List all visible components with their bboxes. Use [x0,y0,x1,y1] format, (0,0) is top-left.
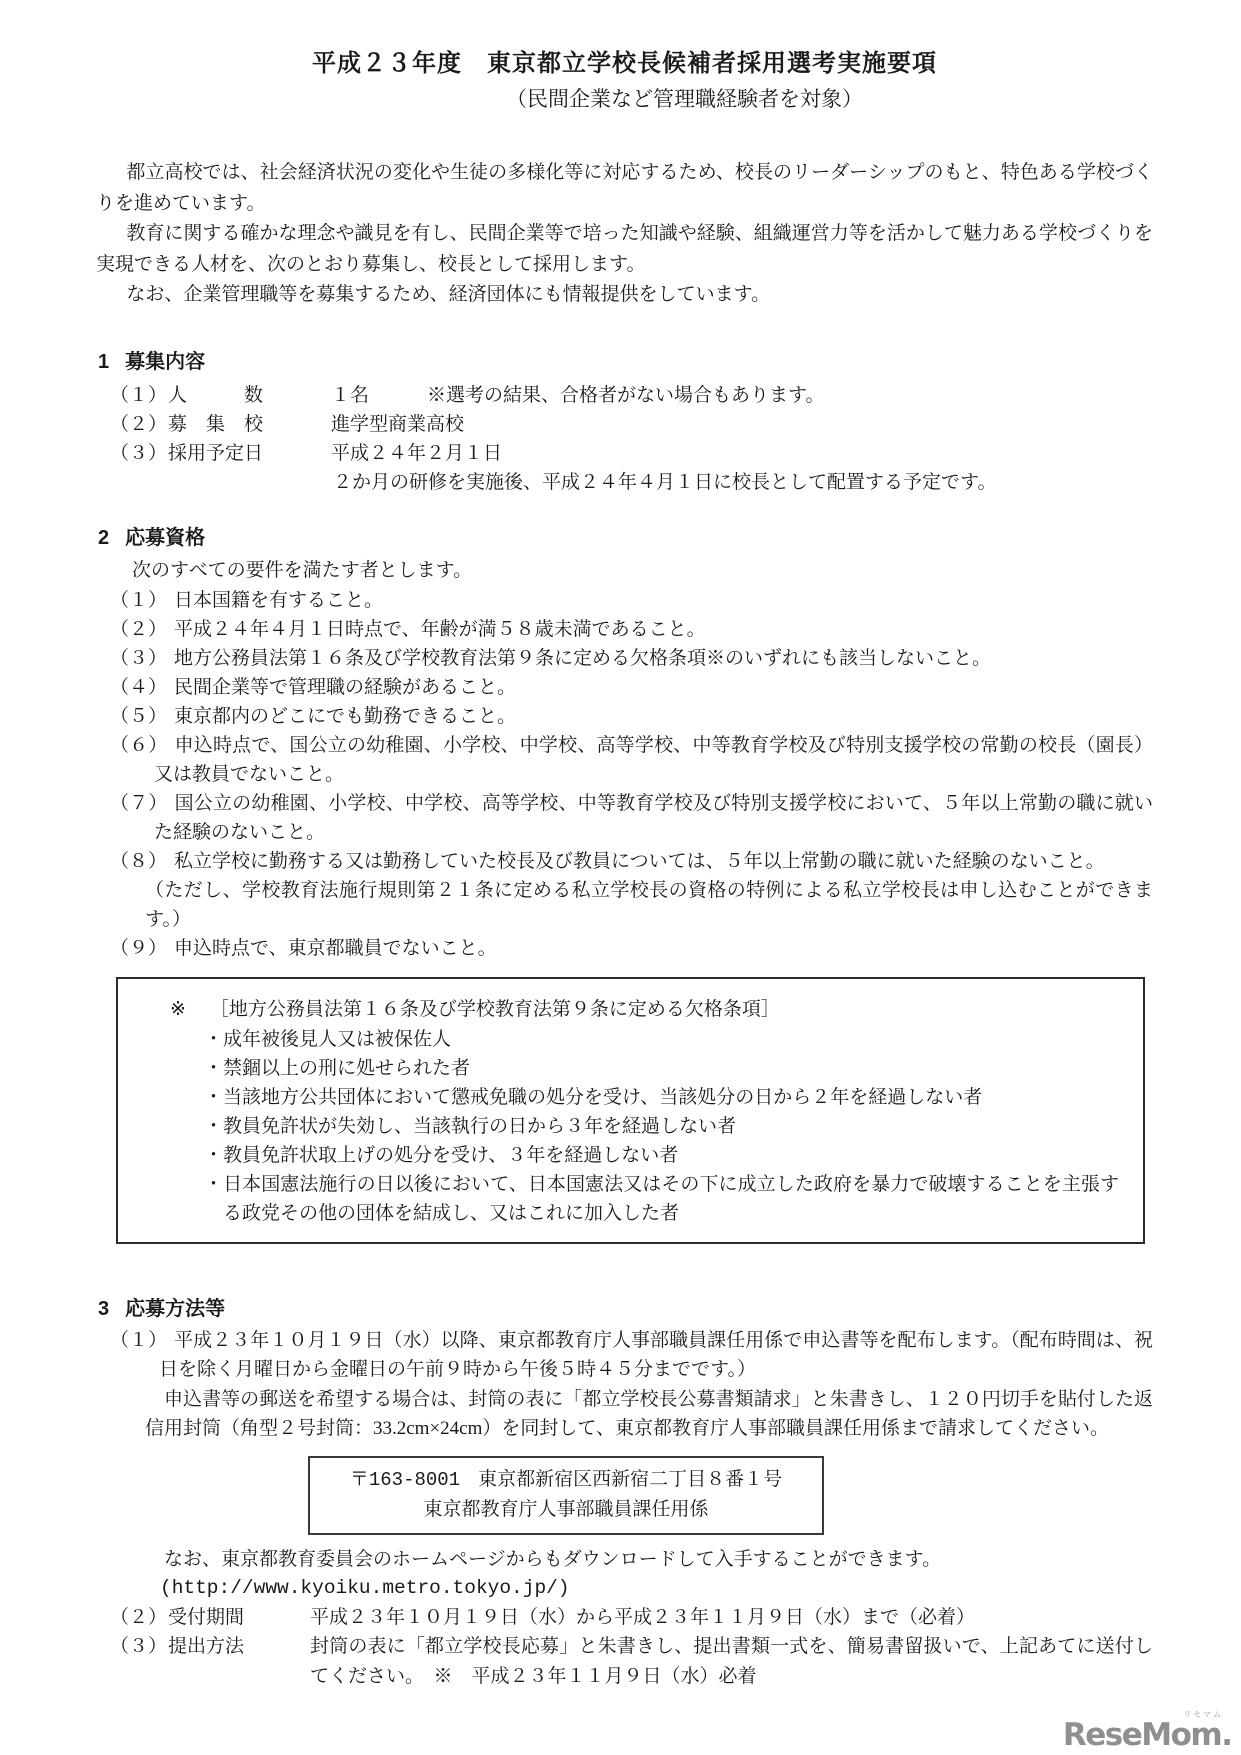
item-number: （４） [110,677,167,698]
item-number: （６） [110,735,168,756]
requirement-item: （１）日本国籍を有すること。 [110,586,1153,615]
section3-heading-text: 応募方法等 [125,1298,225,1320]
requirement-text: 地方公務員法第１６条及び学校教育法第９条に定める欠格条項※のいずれにも該当しない… [174,648,991,669]
requirement-item: （８）私立学校に勤務する又は勤務していた校長及び教員については、５年以上常勤の職… [110,847,1153,876]
requirement-item: （６）申込時点で、国公立の幼稚園、小学校、中学校、高等学校、中等教育学校及び特別… [110,731,1153,789]
address-line-1: 〒163-8001東京都新宿区西新宿二丁目８番１号 [320,1465,812,1495]
intro-paragraph-2: 教育に関する確かな理念や識見を有し、民間企業等で培った知識や経験、組織運営力等を… [96,219,1153,280]
submission-method-row: （３） 提出方法 封筒の表に「都立学校長応募」と朱書きし、提出書類一式を、簡易書… [110,1632,1153,1691]
disqualification-list: ・成年被後見人又は被保佐人 ・禁錮以上の刑に処せられた者 ・当該地方公共団体にお… [204,1025,1119,1228]
disqualification-item: ・当該地方公共団体において懲戒免職の処分を受け、当該処分の日から２年を経過しない… [204,1083,1119,1112]
requirement-item: （５）東京都内のどこにでも勤務できること。 [110,702,1153,731]
item-number: （１） [110,590,167,611]
item-number: （２） [110,410,168,439]
submission-method-text: 封筒の表に「都立学校長応募」と朱書きし、提出書類一式を、簡易書留扱いで、上記あて… [310,1632,1153,1691]
resemom-logo-period: . [1221,1717,1233,1753]
section1-heading: 1募集内容 [98,347,1153,377]
intro-paragraphs: 都立高校では、社会経済状況の変化や生徒の多様化等に対応するため、校長のリーダーシ… [96,158,1153,311]
item-label: 受付期間 [168,1603,310,1633]
item-number: （３） [110,439,168,468]
item-number: （７） [110,793,168,814]
intro-paragraph-1: 都立高校では、社会経済状況の変化や生徒の多様化等に対応するため、校長のリーダーシ… [96,158,1153,219]
mail-request-paragraph: 申込書等の郵送を希望する場合は、封筒の表に「都立学校長公募書類請求」と朱書きし、… [145,1385,1153,1444]
postal-code: 〒163-8001 [350,1469,460,1491]
street-address: 東京都新宿区西新宿二丁目８番１号 [478,1469,782,1490]
section2-number: 2 [98,527,109,549]
disqualification-item: ・日本国憲法施行の日以後において、日本国憲法又はその下に成立した政府を暴力で破壊… [204,1170,1119,1228]
recruit-school-row: （２） 募 集 校 進学型商業高校 [110,410,1153,439]
item-number: （３） [110,648,167,669]
acceptance-period-row: （２） 受付期間 平成２３年１０月１９日（水）から平成２３年１１月９日（水）まで… [110,1603,1153,1633]
item-number: （８） [110,851,167,872]
requirement-item: （９）申込時点で、東京都職員でないこと。 [110,934,1153,963]
hire-date-row: （３） 採用予定日 平成２４年２月１日 [110,439,1153,468]
document-title: 平成２３年度 東京都立学校長候補者採用選考実施要項 [96,48,1153,80]
requirement-text: 私立学校に勤務する又は勤務していた校長及び教員については、５年以上常勤の職に就い… [174,851,1105,872]
section2-intro: 次のすべての要件を満たす者とします。 [132,556,1153,585]
resemom-ruby-text: リセマム [1183,1711,1223,1719]
item-label: 採用予定日 [168,439,331,468]
item-number: （５） [110,706,167,727]
download-note: なお、東京都教育委員会のホームページからもダウンロードして入手することができます… [164,1545,1153,1574]
item-label: 提出方法 [168,1632,310,1691]
resemom-logo-text: ReseMom [1063,1717,1221,1753]
item-number: （１） [110,1330,167,1351]
item-number: （９） [110,938,167,959]
document-page: 平成２３年度 東京都立学校長候補者採用選考実施要項 （民間企業など管理職経験者を… [0,0,1241,1755]
application-distribution-text: 平成２３年１０月１９日（水）以降、東京都教育庁人事部職員課任用係で申込書等を配布… [159,1330,1153,1381]
section2-heading-text: 応募資格 [125,527,205,549]
recruit-count-row: （１） 人 数 １名 ※選考の結果、合格者がない場合もあります。 [110,381,1153,410]
section2-heading: 2応募資格 [98,523,1153,553]
section3-number: 3 [98,1298,109,1320]
document-subtitle: （民間企業など管理職経験者を対象） [96,86,1153,114]
section1-heading-text: 募集内容 [125,351,205,373]
item-value: 進学型商業高校 [331,410,464,439]
requirement-text: 国公立の幼稚園、小学校、中学校、高等学校、中等教育学校及び特別支援学校において、… [154,793,1153,843]
section1-number: 1 [98,351,109,373]
application-distribution-item: （１）平成２３年１０月１９日（水）以降、東京都教育庁人事部職員課任用係で申込書等… [110,1326,1153,1385]
disqualification-item: ・禁錮以上の刑に処せられた者 [204,1054,1119,1083]
disqualification-title: ［地方公務員法第１６条及び学校教育法第９条に定める欠格条項］ [210,995,780,1024]
disqualification-title-row: ※ ［地方公務員法第１６条及び学校教育法第９条に定める欠格条項］ [170,995,1119,1024]
requirement-8-note: （ただし、学校教育法施行規則第２１条に定める私立学校長の資格の特例による私立学校… [145,876,1153,934]
requirement-item: （３）地方公務員法第１６条及び学校教育法第９条に定める欠格条項※のいずれにも該当… [110,644,1153,673]
intro-paragraph-3: なお、企業管理職等を募集するため、経済団体にも情報提供をしています。 [96,280,1153,311]
resemom-watermark-logo: リセマムReseMom. [1063,1720,1233,1751]
requirement-text: 申込時点で、東京都職員でないこと。 [174,938,497,959]
item-number: （１） [110,381,168,410]
item-note: ※選考の結果、合格者がない場合もあります。 [427,381,824,410]
requirement-item: （２）平成２４年４月１日時点で、年齢が満５８歳未満であること。 [110,615,1153,644]
address-line-2: 東京都教育庁人事部職員課任用係 [320,1495,812,1524]
section1-items: （１） 人 数 １名 ※選考の結果、合格者がない場合もあります。 （２） 募 集… [96,381,1153,497]
requirement-text: 日本国籍を有すること。 [174,590,383,611]
website-url: (http://www.kyoiku.metro.tokyo.jp/) [160,1574,1153,1603]
disqualification-item: ・教員免許状が失効し、当該執行の日から３年を経過しない者 [204,1112,1119,1141]
document-content: 平成２３年度 東京都立学校長候補者採用選考実施要項 （民間企業など管理職経験者を… [0,0,1241,1691]
item-value: 平成２４年２月１日 [331,439,502,468]
item-label: 人 数 [168,381,331,410]
disqualification-item: ・成年被後見人又は被保佐人 [204,1025,1119,1054]
item-number: （２） [110,1603,168,1633]
item-number: （３） [110,1632,168,1691]
section3-heading: 3応募方法等 [98,1294,1153,1324]
requirement-item: （４）民間企業等で管理職の経験があること。 [110,673,1153,702]
disqualification-box: ※ ［地方公務員法第１６条及び学校教育法第９条に定める欠格条項］ ・成年被後見人… [116,977,1145,1244]
item-value: １名 [331,381,369,410]
requirement-text: 民間企業等で管理職の経験があること。 [174,677,516,698]
requirements-list: （１）日本国籍を有すること。 （２）平成２４年４月１日時点で、年齢が満５８歳未満… [96,586,1153,963]
requirement-text: 東京都内のどこにでも勤務できること。 [174,706,516,727]
disqualification-item: ・教員免許状取上げの処分を受け、３年を経過しない者 [204,1141,1119,1170]
acceptance-period-text: 平成２３年１０月１９日（水）から平成２３年１１月９日（水）まで（必着） [310,1603,1153,1633]
asterisk-marker: ※ [170,995,186,1024]
address-box: 〒163-8001東京都新宿区西新宿二丁目８番１号 東京都教育庁人事部職員課任用… [308,1456,824,1535]
requirement-item: （７）国公立の幼稚園、小学校、中学校、高等学校、中等教育学校及び特別支援学校にお… [110,789,1153,847]
hire-date-supplement: ２か月の研修を実施後、平成２４年４月１日に校長として配置する予定です。 [333,468,1153,497]
item-number: （２） [110,619,167,640]
requirement-text: 申込時点で、国公立の幼稚園、小学校、中学校、高等学校、中等教育学校及び特別支援学… [154,735,1153,785]
requirement-text: 平成２４年４月１日時点で、年齢が満５８歳未満であること。 [174,619,706,640]
item-label: 募 集 校 [168,410,331,439]
